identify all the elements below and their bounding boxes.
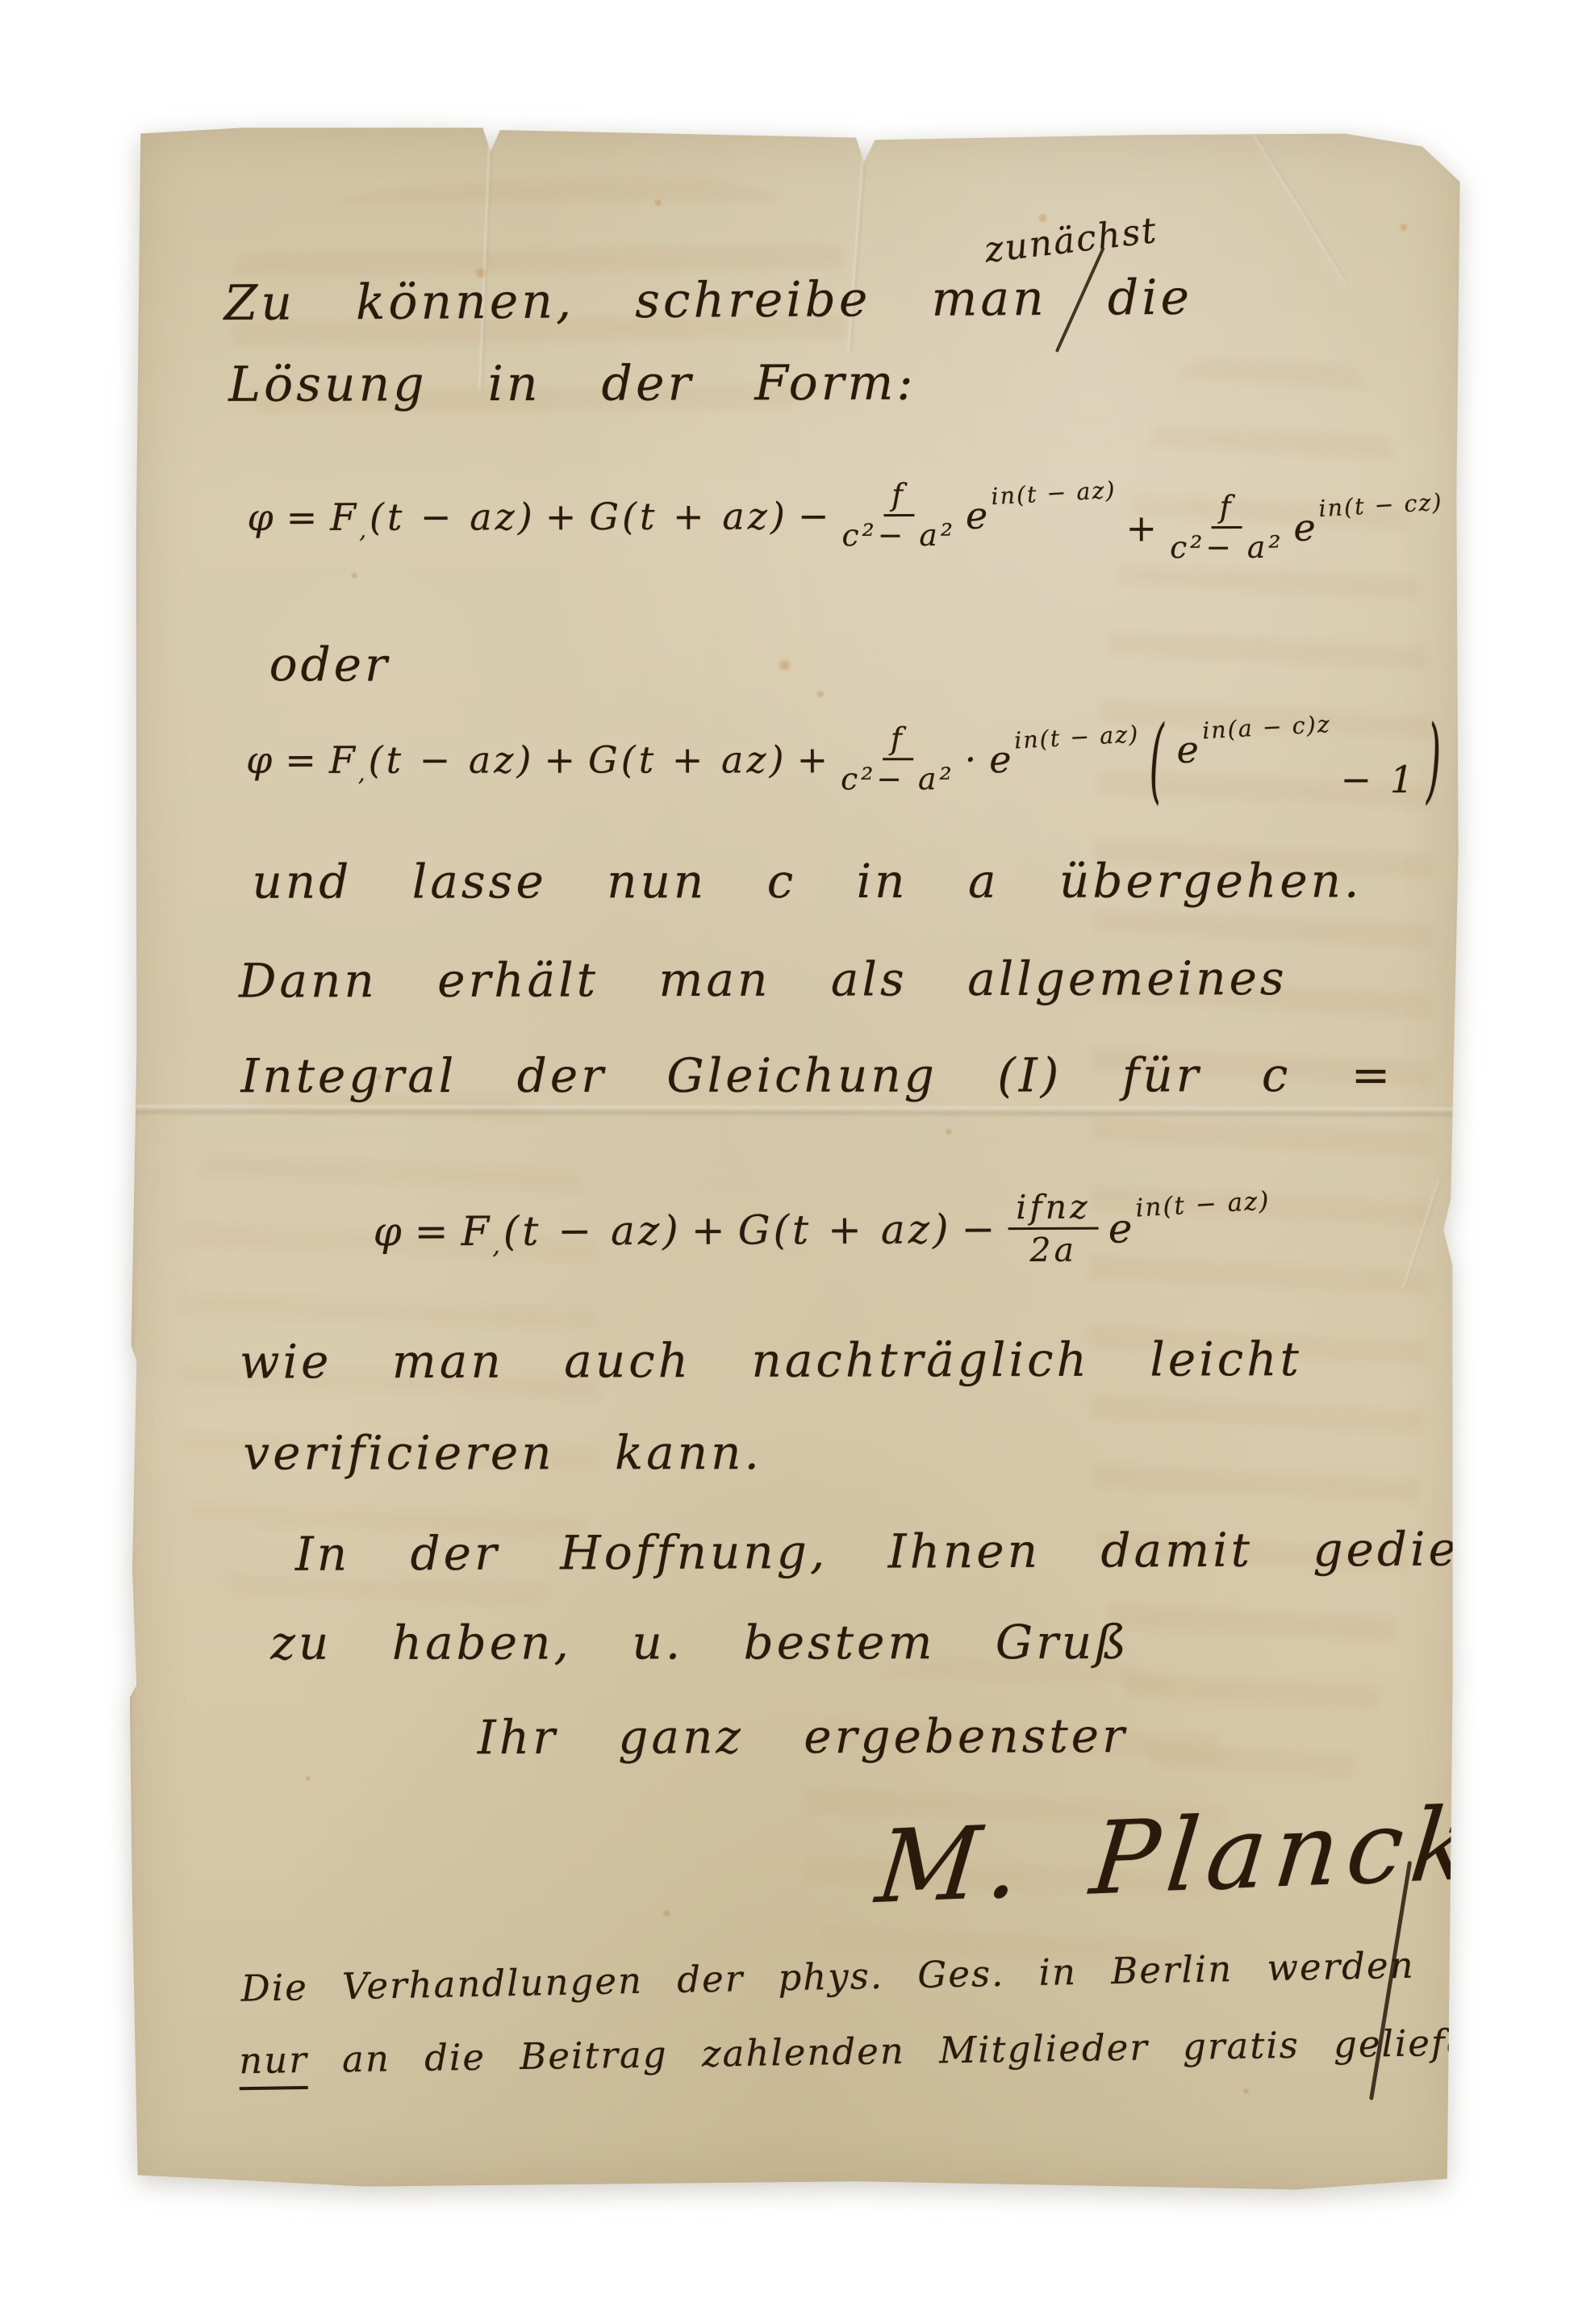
foxing-spot [778, 659, 792, 671]
phi-symbol: φ [247, 499, 276, 536]
paper-crease [1403, 1179, 1442, 1287]
phi-symbol: φ [374, 1211, 405, 1252]
formula-1: φ = F,(t − az) + G(t + az) − f c²− a² e … [247, 479, 1443, 552]
signature: M. Planck. [872, 1792, 1525, 1918]
foxing-spot [350, 572, 358, 579]
paper-crease [1251, 130, 1347, 282]
exponential-term: e in(t − az) [989, 741, 1140, 778]
letter-line: Dann erhält man als allgemeines [239, 955, 1288, 1004]
phi-symbol: φ [246, 742, 275, 779]
letter-line: Integral der Gleichung (I) für c = a : [240, 1051, 1564, 1099]
foxing-spot [653, 199, 662, 207]
underlined-word: nur [239, 2038, 308, 2090]
exponential-term: e in(t − cz) [1293, 508, 1443, 545]
fraction: ifnz 2a [1008, 1191, 1099, 1267]
letter-paper: zunächst Zu können, schreibe man die Lös… [127, 122, 1464, 2195]
fraction: f c²− a² [841, 724, 955, 795]
fraction: f c²− a² [841, 480, 956, 551]
formula-2: φ = F,(t − az) + G(t + az) + f c²− a² · … [246, 724, 1444, 796]
exponential-term: e in(a − c)z [1177, 730, 1331, 767]
fraction: f c²− a² [1170, 492, 1284, 563]
letter-line: In der Hoffnung, Ihnen damit gedient [295, 1525, 1515, 1578]
letter-line: Zu können, schreibe man die [223, 274, 1192, 328]
foxing-spot [662, 1909, 671, 1917]
foxing-spot [816, 690, 825, 698]
postscript-line: nur an die Beitrag zahlenden Mitglieder … [239, 2024, 1518, 2079]
big-parenthesis: ) [1426, 713, 1444, 805]
letter-line: Ihr ganz ergebenster [478, 1712, 1128, 1761]
foxing-spot [1038, 213, 1048, 223]
letter-line: Lösung in der Form: [228, 359, 916, 409]
exponential-term: e in(t − az) [1108, 1208, 1271, 1249]
foxing-spot [945, 1128, 953, 1135]
foxing-spot [1242, 2088, 1250, 2094]
paper-crease [478, 123, 493, 390]
foxing-spot [305, 1775, 311, 1781]
letter-line: zu haben, u. bestem Gruß [270, 1619, 1129, 1666]
letter-line: verificieren kann. [243, 1429, 762, 1477]
foxing-spot [1399, 223, 1409, 232]
fold-crease [132, 1106, 1460, 1118]
insertion-word: zunächst [983, 213, 1159, 269]
letter-line: oder [269, 641, 390, 688]
letter-line: wie man auch nachträglich leicht [240, 1335, 1302, 1385]
formula-3: φ = F,(t − az) + G(t + az) − ifnz 2a e i… [373, 1190, 1270, 1270]
letter-line: und lasse nun c in a übergehen. [252, 857, 1362, 905]
postscript-line: Die Verhandlungen der phys. Ges. in Berl… [240, 1947, 1415, 2007]
scan-page: { "meta": { "document_kind": "handwritte… [0, 0, 1574, 2324]
exponential-term: e in(t − az) [966, 496, 1117, 533]
letter-paper-wrap: zunächst Zu können, schreibe man die Lös… [132, 125, 1460, 2192]
big-parenthesis: ( [1150, 713, 1167, 805]
